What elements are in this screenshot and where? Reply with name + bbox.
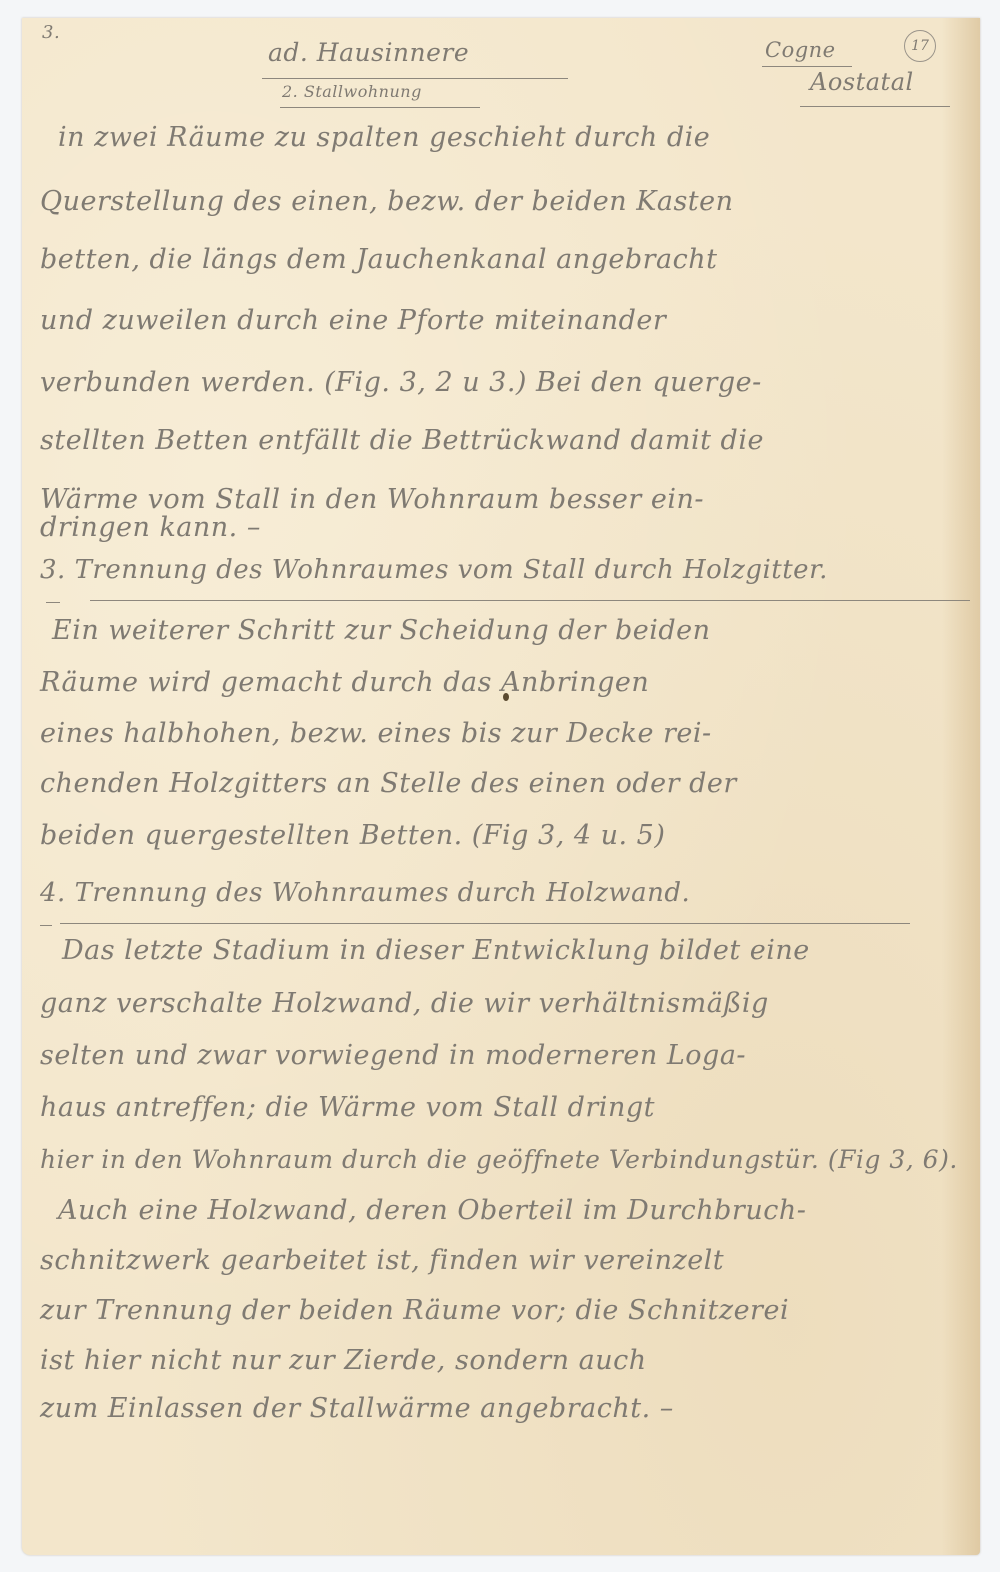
subtitle-underline (280, 107, 480, 108)
text-line: stellten Betten entfällt die Bettrückwan… (40, 425, 764, 456)
text-line: haus antreffen; die Wärme vom Stall drin… (40, 1092, 655, 1123)
text-line: Querstellung des einen, bezw. der beiden… (40, 186, 734, 217)
text-line: zum Einlassen der Stallwärme angebracht.… (40, 1393, 674, 1424)
text-line: eines halbhohen, bezw. eines bis zur Dec… (40, 718, 712, 749)
location-underline-2 (800, 106, 950, 107)
text-line: Wärme vom Stall in den Wohnraum besser e… (40, 484, 704, 515)
text-line: schnitzwerk gearbeitet ist, finden wir v… (40, 1245, 724, 1276)
location-underline-1 (762, 66, 852, 67)
text-line: Räume wird gemacht durch das Anbringen (40, 667, 649, 698)
text-line: verbunden werden. (Fig. 3, 2 u 3.) Bei d… (40, 367, 762, 398)
heading-underline-mark (46, 602, 60, 603)
text-line: chenden Holzgitters an Stelle des einen … (40, 768, 737, 799)
heading-underline-mark (40, 925, 52, 926)
text-line: hier in den Wohnraum durch die geöffnete… (40, 1145, 958, 1174)
text-line: dringen kann. – (40, 512, 261, 543)
page-title: ad. Hausinnere (268, 38, 469, 67)
text-line: ganz verschalte Holzwand, die wir verhäl… (40, 988, 769, 1019)
text-line: Das letzte Stadium in dieser Entwicklung… (62, 935, 810, 966)
location-line-2: Aostatal (810, 68, 914, 96)
folio-number: 17 (911, 38, 929, 54)
page-number: 3. (42, 22, 60, 43)
text-line: zur Trennung der beiden Räume vor; die S… (40, 1295, 789, 1326)
heading-underline (90, 600, 970, 601)
text-line: betten, die längs dem Jauchenkanal angeb… (40, 244, 718, 275)
location-line-1: Cogne (765, 38, 836, 62)
text-line: Auch eine Holzwand, deren Oberteil im Du… (58, 1195, 806, 1226)
text-line: beiden quergestellten Betten. (Fig 3, 4 … (40, 820, 665, 851)
folio-number-circle: 17 (904, 30, 936, 62)
heading-underline (60, 923, 910, 924)
text-line: selten und zwar vorwiegend in moderneren… (40, 1040, 746, 1071)
text-line: in zwei Räume zu spalten geschieht durch… (58, 122, 710, 153)
text-line: ist hier nicht nur zur Zierde, sondern a… (40, 1345, 647, 1376)
title-underline (262, 78, 568, 79)
text-line: und zuweilen durch eine Pforte miteinand… (40, 305, 666, 336)
ink-spot (503, 693, 509, 701)
text-line: Ein weiterer Schritt zur Scheidung der b… (52, 615, 711, 646)
section-heading: 3. Trennung des Wohnraumes vom Stall dur… (40, 555, 828, 585)
section-heading: 4. Trennung des Wohnraumes durch Holzwan… (40, 878, 690, 908)
page-subtitle: 2. Stallwohnung (282, 82, 422, 101)
